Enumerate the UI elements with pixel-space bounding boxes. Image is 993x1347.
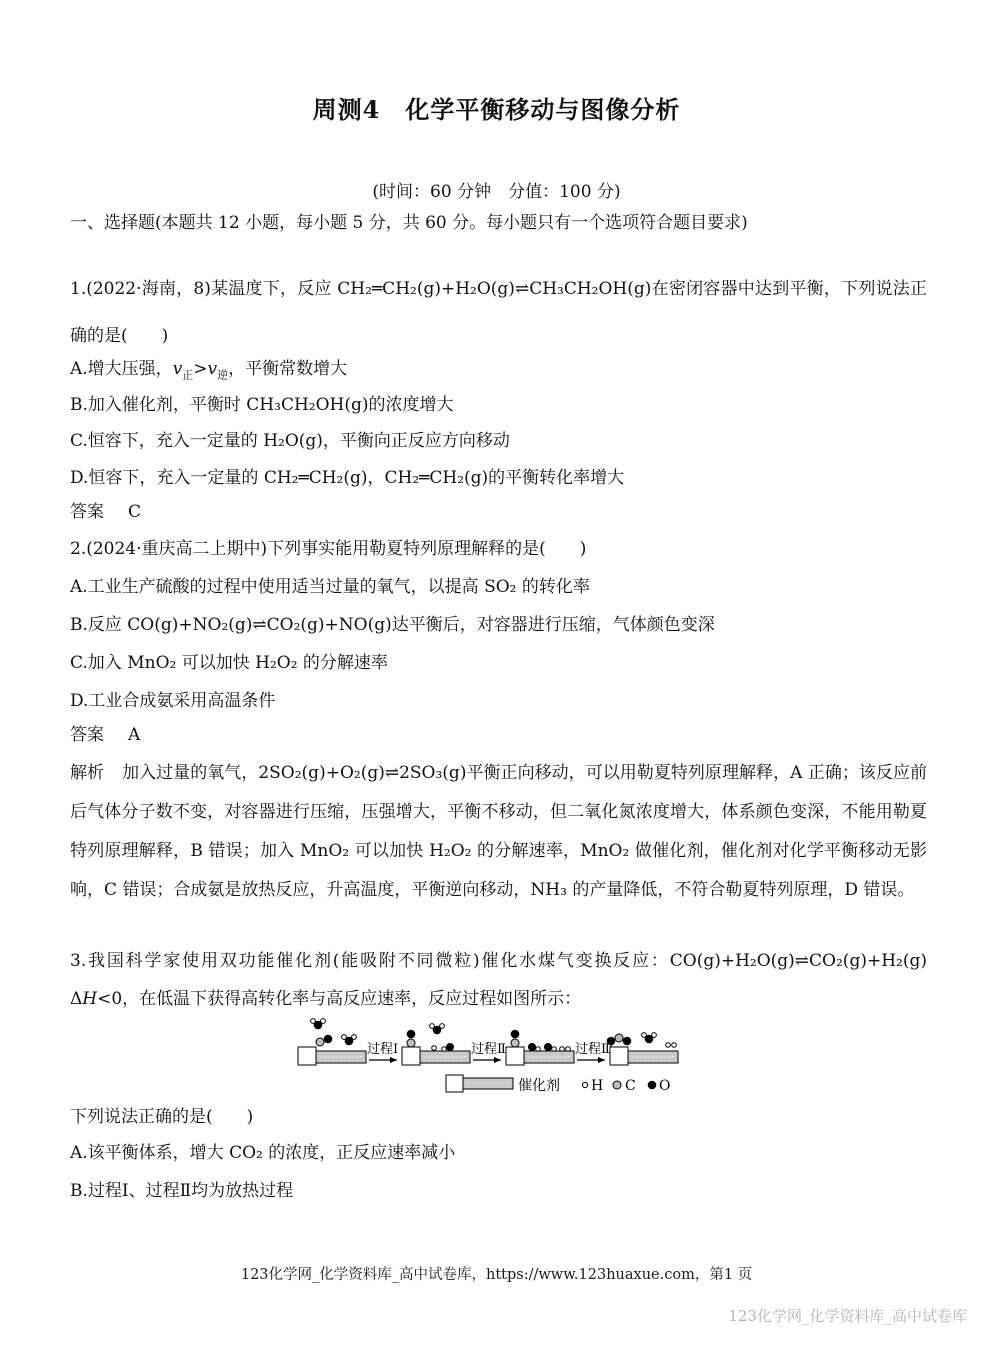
question-1-option-c: C.恒容下，充入一定量的 H₂O(g)，平衡向正反应方向移动 <box>70 428 927 454</box>
h-atom-icon <box>432 1046 437 1051</box>
process-2-label: 过程Ⅱ <box>471 1041 506 1057</box>
catalyst-site-icon <box>446 1075 463 1092</box>
o-atom-icon <box>324 1035 333 1044</box>
question-2-option-a: A.工业生产硫酸的过程中使用适当过量的氧气，以提高 SO₂ 的转化率 <box>70 574 927 600</box>
delta-h-symbol: H <box>82 989 97 1009</box>
reaction-process-diagram: 过程Ⅰ 过程Ⅱ <box>296 1016 696 1100</box>
question-1-option-d: D.恒容下，充入一定量的 CH₂═CH₂(g)，CH₂═CH₂(g)的平衡转化率… <box>70 465 927 491</box>
catalyst-site-icon <box>506 1047 524 1065</box>
c-atom-icon <box>407 1039 415 1047</box>
o-atom-icon <box>407 1030 416 1039</box>
question-2-stem: 2.(2024·重庆高二上期中)下列事实能用勒夏特列原理解释的是( ) <box>70 536 927 562</box>
h-atom-icon <box>672 1043 677 1048</box>
answer-label: 答案 <box>70 502 104 522</box>
question-2-analysis: 解析加入过量的氧气，2SO₂(g)+O₂(g)⇌2SO₃(g)平衡正向移动，可以… <box>70 754 927 910</box>
h-atom-icon <box>566 1047 571 1052</box>
catalyst-site-icon <box>610 1047 628 1065</box>
question-2-answer: 答案A <box>70 722 927 748</box>
question-1-option-b: B.加入催化剂，平衡时 CH₃CH₂OH(g)的浓度增大 <box>70 392 927 418</box>
question-1-option-a: A.增大压强，v正>v逆，平衡常数增大 <box>70 356 927 388</box>
question-3-followup: 下列说法正确的是( ) <box>70 1104 927 1130</box>
legend-catalyst-label: 催化剂 <box>518 1077 560 1094</box>
o-atom-icon <box>511 1030 520 1039</box>
h-atom-icon <box>560 1047 565 1052</box>
question-3-stem: 3.我国科学家使用双功能催化剂(能吸附不同微粒)催化水煤气变换反应：CO(g)+… <box>70 942 927 1018</box>
diagram-legend: 催化剂 H C O <box>446 1075 670 1094</box>
test-paper-page: 周测4 化学平衡移动与图像分析 (时间：60 分钟 分值：100 分) 一、选择… <box>0 0 993 1347</box>
o-atom-icon <box>645 1035 654 1044</box>
catalyst-stage-1 <box>298 1019 366 1065</box>
question-3-option-a: A.该平衡体系，增大 CO₂ 的浓度，正反应速率减小 <box>70 1140 927 1166</box>
answer-label: 答案 <box>70 725 104 745</box>
page-footer: 123化学网_化学资料库_高中试卷库，https://www.123huaxue… <box>0 1263 993 1284</box>
question-1-answer: 答案C <box>70 499 927 525</box>
analysis-label: 解析 <box>70 763 104 783</box>
h-atom-icon <box>582 1082 587 1087</box>
catalyst-stage-3 <box>506 1030 574 1065</box>
c-atom-icon <box>615 1034 623 1042</box>
watermark: 123化学网_化学资料库_高中试卷库 <box>728 1305 967 1326</box>
h-atom-icon <box>536 1047 541 1052</box>
question-2-option-b: B.反应 CO(g)+NO₂(g)⇌CO₂(g)+NO(g)达平衡后，对容器进行… <box>70 612 927 638</box>
section-header: 一、选择题(本题共 12 小题，每小题 5 分，共 60 分。每小题只有一个选项… <box>70 210 927 236</box>
process-3-arrow: 过程Ⅲ <box>575 1041 614 1063</box>
question-3-option-b: B.过程Ⅰ、过程Ⅱ均为放热过程 <box>70 1178 927 1204</box>
process-2-arrow: 过程Ⅱ <box>471 1041 506 1063</box>
analysis-text: 加入过量的氧气，2SO₂(g)+O₂(g)⇌2SO₃(g)平衡正向移动，可以用勒… <box>70 763 927 900</box>
process-1-arrow: 过程Ⅰ <box>367 1041 398 1063</box>
c-atom-icon <box>316 1038 324 1046</box>
o-atom-icon <box>314 1021 323 1030</box>
c-atom-icon <box>511 1039 519 1047</box>
question-1-stem: 1.(2022·海南，8)某温度下，反应 CH₂═CH₂(g)+H₂O(g)⇌C… <box>70 266 927 360</box>
answer-value: A <box>128 725 140 745</box>
time-score-line: (时间：60 分钟 分值：100 分) <box>0 177 993 202</box>
catalyst-stage-4 <box>607 1033 678 1065</box>
o-atom-icon <box>528 1043 536 1051</box>
c-atom-icon <box>613 1081 621 1089</box>
h-atom-icon <box>666 1043 671 1048</box>
o-atom-icon <box>607 1037 616 1046</box>
legend-h-label: H <box>591 1078 603 1094</box>
answer-value: C <box>128 502 141 522</box>
question-2-option-c: C.加入 MnO₂ 可以加快 H₂O₂ 的分解速率 <box>70 650 927 676</box>
process-1-label: 过程Ⅰ <box>367 1041 398 1057</box>
catalyst-stage-2 <box>402 1024 470 1065</box>
o-atom-icon <box>544 1043 552 1051</box>
o-atom-icon <box>345 1037 354 1046</box>
h-atom-icon <box>552 1047 557 1052</box>
o-atom-icon <box>433 1026 442 1035</box>
page-title: 周测4 化学平衡移动与图像分析 <box>0 90 993 125</box>
o-atom-icon <box>648 1081 657 1090</box>
legend-c-label: C <box>625 1078 636 1094</box>
h-atom-icon <box>442 1047 447 1052</box>
catalyst-site-icon <box>402 1047 420 1065</box>
legend-o-label: O <box>659 1078 670 1094</box>
catalyst-site-icon <box>298 1047 316 1065</box>
o-atom-icon <box>623 1037 632 1046</box>
question-2-option-d: D.工业合成氨采用高温条件 <box>70 688 927 714</box>
o-atom-icon <box>446 1043 454 1051</box>
